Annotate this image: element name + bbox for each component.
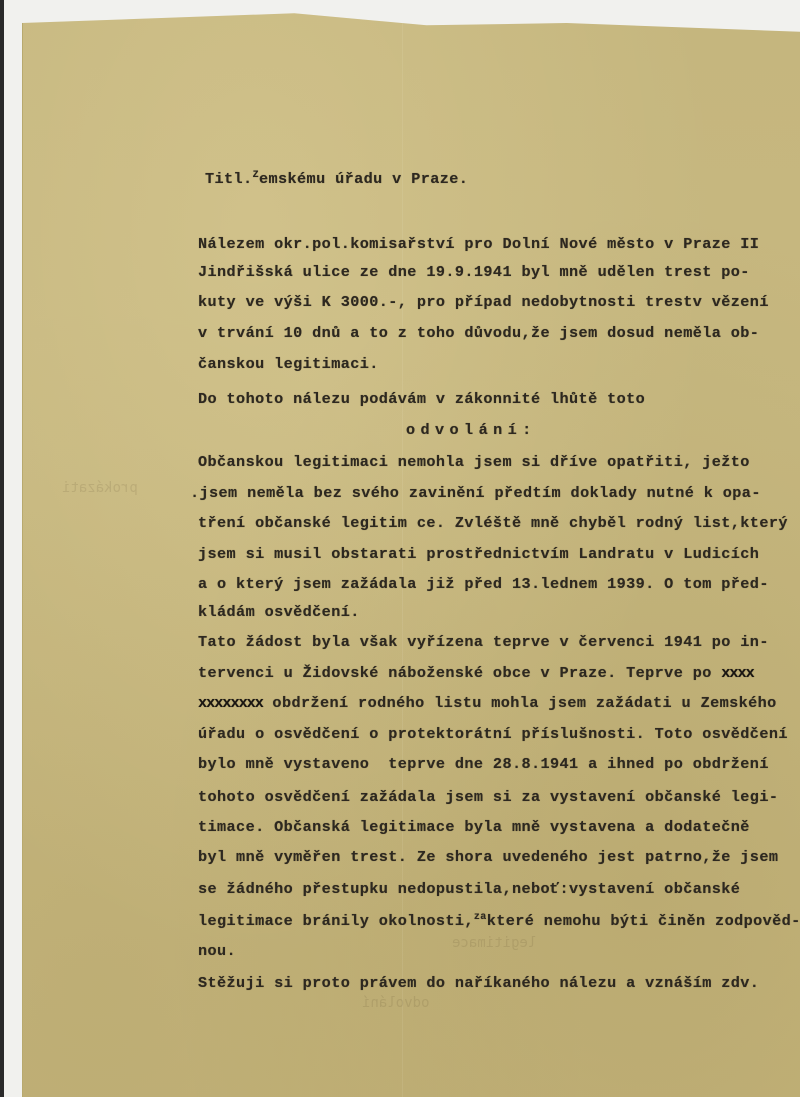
text-line: nou. <box>198 944 236 959</box>
text-line: Tato žádost byla však vyřízena teprve v … <box>198 635 769 650</box>
text-line: Do tohoto nálezu podávám v zákonnité lhů… <box>198 392 645 407</box>
text-line: se žádného přestupku nedopustila,neboť:v… <box>198 882 740 897</box>
text-line: čanskou legitimaci. <box>198 357 379 372</box>
bleed-through-text: prokázati <box>62 480 138 496</box>
bleed-through-text: odvolání <box>362 995 429 1011</box>
text-segment: legitimace bránily okolnosti, <box>198 912 474 930</box>
text-line: Stěžuji si proto právem do naříkaného ná… <box>198 976 759 991</box>
text-line: Jindřišská ulice ze dne 19.9.1941 byl mn… <box>198 265 750 280</box>
text-line: timace. Občanská legitimace byla mně vys… <box>198 820 750 835</box>
struck-out-text: xxxxxxxx <box>198 694 263 712</box>
text-segment: tervenci u Židovské náboženské obce v Pr… <box>198 664 721 682</box>
text-line: tervenci u Židovské náboženské obce v Pr… <box>198 666 754 681</box>
inserted-correction: za <box>474 912 487 923</box>
text-line: xxxxxxxx obdržení rodného listu mohla js… <box>198 696 777 711</box>
text-segment: které nemohu býti činěn zodpověd- <box>487 912 800 930</box>
addressee-line: Titl.Zemskému úřadu v Praze. <box>205 172 468 187</box>
addressee-prefix: Titl. <box>205 170 253 188</box>
section-heading: odvolání: <box>406 423 537 438</box>
text-line: byl mně vyměřen trest. Ze shora uvedenéh… <box>198 850 778 865</box>
scanned-page: prokázati legitimace odvolání Titl.Zemsk… <box>0 0 800 1097</box>
raised-correction: Z <box>253 170 259 181</box>
text-line: v trvání 10 dnů a to z toho důvodu,že js… <box>198 326 759 341</box>
text-line: Nálezem okr.pol.komisařství pro Dolní No… <box>198 237 759 252</box>
text-line: úřadu o osvědčení o protektorátní příslu… <box>198 727 788 742</box>
scanner-edge <box>0 0 4 1097</box>
text-line: tření občanské legitim ce. Zvléště mně c… <box>198 516 788 531</box>
struck-out-text: xxxx <box>721 664 753 682</box>
addressee-text: emskému úřadu v Praze. <box>259 170 468 188</box>
text-line: legitimace bránily okolnosti,zakteré nem… <box>198 914 800 929</box>
text-line: .jsem neměla bez svého zavinění předtím … <box>190 486 761 501</box>
text-line: jsem si musil obstarati prostřednictvím … <box>198 547 759 562</box>
text-line: kládám osvědčení. <box>198 605 360 620</box>
text-line: tohoto osvědčení zažádala jsem si za vys… <box>198 790 778 805</box>
text-line: a o který jsem zažádala již před 13.ledn… <box>198 577 769 592</box>
text-line: kuty ve výši K 3000.-, pro případ nedoby… <box>198 295 769 310</box>
text-line: bylo mně vystaveno teprve dne 28.8.1941 … <box>198 757 769 772</box>
bleed-through-text: legitimace <box>452 935 536 951</box>
text-line: Občanskou legitimaci nemohla jsem si dří… <box>198 455 750 470</box>
text-segment: obdržení rodného listu mohla jsem zažáda… <box>263 694 777 712</box>
